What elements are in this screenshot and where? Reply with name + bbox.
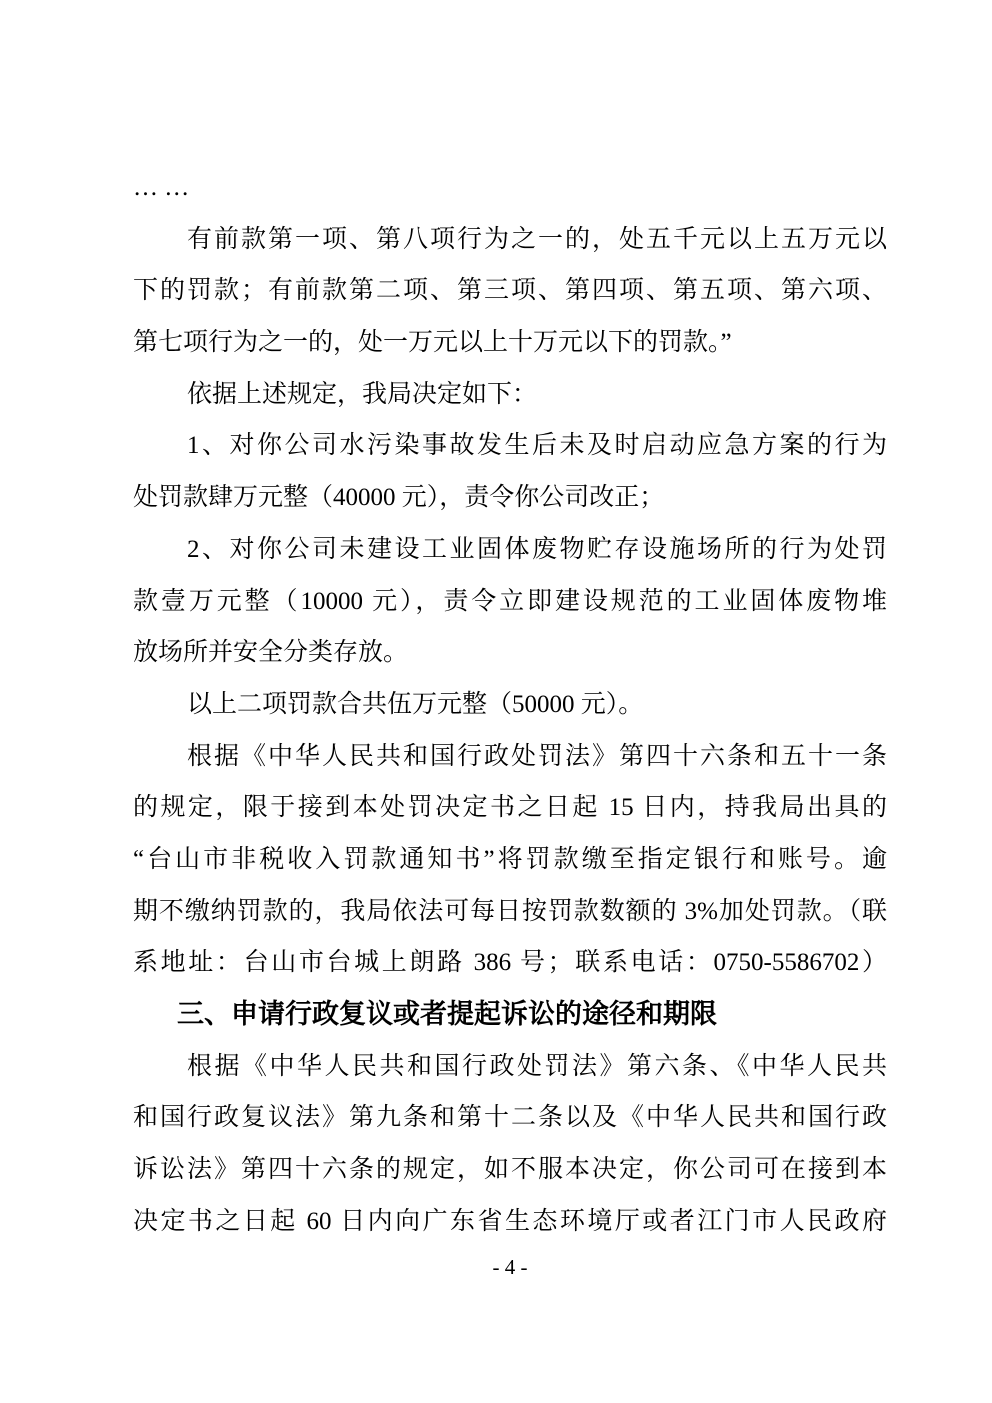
text-line: 根据《中华人民共和国行政处罚法》第六条、《中华人民共 [133,1041,887,1093]
text-line: 下的罚款；有前款第二项、第三项、第四项、第五项、第六项、 [133,265,887,317]
text-line: 根据《中华人民共和国行政处罚法》第四十六条和五十一条 [133,731,887,783]
paragraph-quoted-penalty-provision: 有前款第一项、第八项行为之一的，处五千元以上五万元以 下的罚款；有前款第二项、第… [133,214,887,369]
paragraph-decision-item-1: 1、对你公司水污染事故发生后未及时启动应急方案的行为 处罚款肆万元整（40000… [133,420,887,523]
text-line: 诉讼法》第四十六条的规定，如不服本决定，你公司可在接到本 [133,1144,887,1196]
text-line: 款壹万元整（10000 元），责令立即建设规范的工业固体废物堆 [133,576,887,628]
text-line: 第七项行为之一的，处一万元以上十万元以下的罚款。” [133,317,887,369]
text-line: 1、对你公司水污染事故发生后未及时启动应急方案的行为 [133,420,887,472]
document-body: … … 有前款第一项、第八项行为之一的，处五千元以上五万元以 下的罚款；有前款第… [133,162,887,1247]
text-line: 依据上述规定，我局决定如下： [133,369,887,421]
text-line: 有前款第一项、第八项行为之一的，处五千元以上五万元以 [133,214,887,266]
paragraph-payment-instructions: 根据《中华人民共和国行政处罚法》第四十六条和五十一条 的规定，限于接到本处罚决定… [133,731,887,989]
text-line: … … [133,162,887,214]
text-line: 系地址：台山市台城上朗路 386 号；联系电话：0750-5586702） [133,937,887,989]
paragraph-decision-item-2: 2、对你公司未建设工业固体废物贮存设施场所的行为处罚 款壹万元整（10000 元… [133,524,887,679]
paragraph-total-fine: 以上二项罚款合共伍万元整（50000 元）。 [133,679,887,731]
paragraph-decision-intro: 依据上述规定，我局决定如下： [133,369,887,421]
page-number: - 4 - [133,1252,887,1282]
text-line: 以上二项罚款合共伍万元整（50000 元）。 [133,679,887,731]
text-line: “台山市非税收入罚款通知书”将罚款缴至指定银行和账号。逾 [133,834,887,886]
text-line: 决定书之日起 60 日内向广东省生态环境厅或者江门市人民政府 [133,1196,887,1248]
text-line: 的规定，限于接到本处罚决定书之日起 15 日内，持我局出具的 [133,782,887,834]
text-line: 2、对你公司未建设工业固体废物贮存设施场所的行为处罚 [133,524,887,576]
paragraph-appeal-rights: 根据《中华人民共和国行政处罚法》第六条、《中华人民共 和国行政复议法》第九条和第… [133,1041,887,1248]
section-heading: 三、申请行政复议或者提起诉讼的途径和期限 [133,989,887,1041]
paragraph-ellipsis-continuation: … … [133,162,887,214]
text-line: 期不缴纳罚款的，我局依法可每日按罚款数额的 3%加处罚款。（联 [133,886,887,938]
text-line: 处罚款肆万元整（40000 元），责令你公司改正； [133,472,887,524]
document-page: … … 有前款第一项、第八项行为之一的，处五千元以上五万元以 下的罚款；有前款第… [0,0,992,1403]
text-line: 放场所并安全分类存放。 [133,627,887,679]
paragraph-section-heading: 三、申请行政复议或者提起诉讼的途径和期限 [133,989,887,1041]
text-line: 和国行政复议法》第九条和第十二条以及《中华人民共和国行政 [133,1092,887,1144]
